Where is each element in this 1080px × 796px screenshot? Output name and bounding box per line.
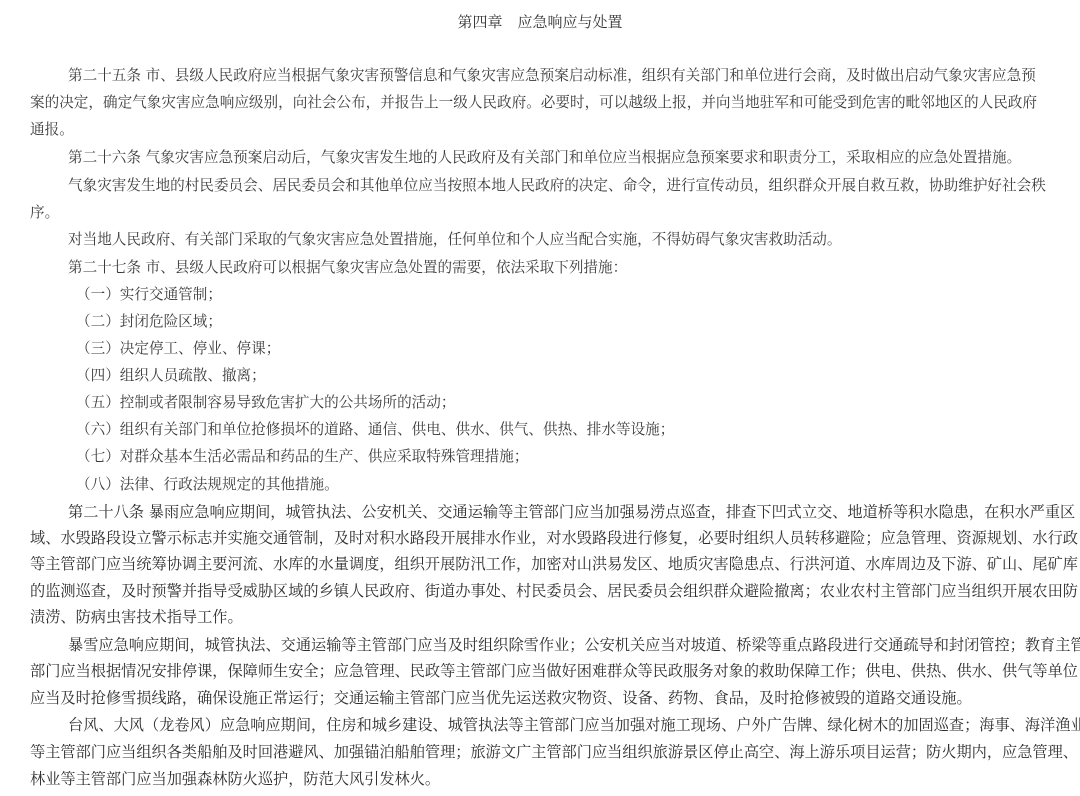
- rainstorm-line-1: 第二十八条 暴雨应急响应期间，城管执法、公安机关、交通运输等主管部门应当加强易涝…: [68, 502, 1075, 522]
- snowstorm-line-1: 暴雪应急响应期间，城管执法、交通运输等主管部门应当及时组织除雪作业；公安机关应当…: [68, 635, 1080, 655]
- article-26-para2-line-2: 序。: [30, 203, 59, 223]
- snowstorm-line-2: 部门应当根据情况安排停课，保障师生安全；应急管理、民政等主管部门应当做好困难群众…: [30, 661, 1078, 681]
- article-26-para2-line-1: 气象灾害发生地的村民委员会、居民委员会和其他单位应当按照本地人民政府的决定、命令…: [68, 176, 1046, 196]
- article-27-item-3: （三）决定停工、停业、停课；: [76, 339, 280, 359]
- snowstorm-line-3: 应当及时抢修雪损线路，确保设施正常运行；交通运输主管部门应当优先运送救灾物资、设…: [30, 688, 972, 708]
- article-25-line-1: 第二十五条 市、县级人民政府应当根据气象灾害预警信息和气象灾害应急预案启动标准，…: [68, 66, 1036, 86]
- rainstorm-line-3: 等主管部门应当统筹协调主要河流、水库的水量调度，组织开展防汛工作，加密对山洪易发…: [30, 554, 1078, 574]
- document-page: 第四章 应急响应与处置 第二十五条 市、县级人民政府应当根据气象灾害预警信息和气…: [0, 0, 1080, 796]
- article-27-item-4: （四）组织人员疏散、撤离；: [76, 366, 266, 386]
- article-26-para3-line-1: 对当地人民政府、有关部门采取的气象灾害应急处置措施，任何单位和个人应当配合实施，…: [68, 230, 841, 250]
- article-26-line-1: 第二十六条 气象灾害应急预案启动后，气象灾害发生地的人民政府及有关部门和单位应当…: [68, 148, 1021, 168]
- typhoon-line-3: 林业等主管部门应当加强森林防火巡护，防范大风引发林火。: [30, 769, 440, 789]
- rainstorm-line-4: 的监测巡查，及时预警并指导受威胁区域的乡镇人民政府、街道办事处、村民委员会、居民…: [30, 581, 1078, 601]
- article-27-item-5: （五）控制或者限制容易导致危害扩大的公共场所的活动；: [76, 393, 455, 413]
- typhoon-line-1: 台风、大风（龙卷风）应急响应期间，住房和城乡建设、城管执法等主管部门应当加强对施…: [68, 715, 1080, 735]
- chapter-title: 第四章 应急响应与处置: [0, 11, 1080, 33]
- article-27-item-8: （八）法律、行政法规规定的其他措施。: [76, 475, 339, 495]
- article-27-item-7: （七）对群众基本生活必需品和药品的生产、供应采取特殊管理措施；: [76, 447, 528, 467]
- article-27-item-6: （六）组织有关部门和单位抢修损坏的道路、通信、供电、供水、供气、供热、排水等设施…: [76, 420, 674, 440]
- article-25-line-3: 通报。: [30, 120, 74, 140]
- article-27-intro: 第二十七条 市、县级人民政府可以根据气象灾害应急处置的需要，依法采取下列措施：: [68, 258, 627, 278]
- rainstorm-line-5: 渍涝、防病虫害技术指导工作。: [30, 607, 243, 627]
- typhoon-line-2: 等主管部门应当组织各类船舶及时回港避风、加强锚泊船舶管理；旅游文广主管部门应当组…: [30, 742, 1078, 762]
- article-25-line-2: 案的决定，确定气象灾害应急响应级别，向社会公布，并报告上一级人民政府。必要时，可…: [30, 93, 1037, 113]
- rainstorm-line-2: 域、水毁路段设立警示标志并实施交通管制，及时对积水路段开展排水作业，对水毁路段进…: [30, 528, 1078, 548]
- article-27-item-2: （二）封闭危险区域；: [76, 312, 222, 332]
- article-27-item-1: （一）实行交通管制；: [76, 285, 222, 305]
